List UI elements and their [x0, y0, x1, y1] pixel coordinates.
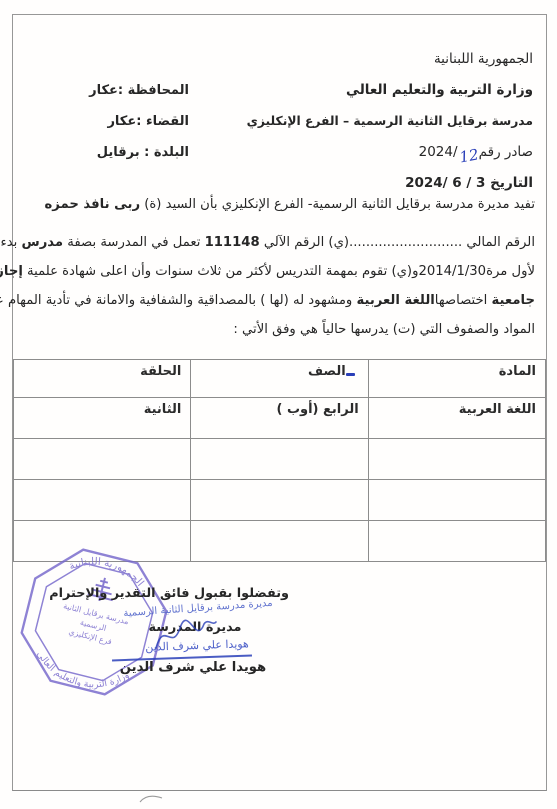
cell-class [191, 439, 368, 480]
col-header-class-label: الصف [308, 364, 346, 379]
cell-subject [368, 521, 545, 562]
specialty-value: اللغة العربية [356, 293, 434, 308]
col-header-subject: المادة [368, 360, 545, 398]
ministry-line: وزارة التربية والتعليم العالي [247, 75, 533, 106]
degree-type: جامعية [492, 293, 535, 308]
col-header-class: الصف [191, 360, 368, 398]
body-line-3: لأول مرة2014/1/30و(ي) تقوم بمهمة التدريس… [26, 264, 535, 279]
school-line: مدرسة برقايل الثانية الرسمية – الفرع الإ… [247, 106, 533, 137]
teacher-name: ربى نافذ حمزه [45, 197, 141, 212]
specialty-label: اختصاصها [435, 293, 492, 308]
scanned-document-page: الجمهورية اللبنانية وزارة التربية والتعل… [0, 0, 557, 809]
table-header-row: المادة الصف الحلقة [14, 360, 546, 398]
cell-cycle [14, 480, 191, 521]
body-line-1-text: تفيد مديرة مدرسة برقايل الثانية الرسمية-… [140, 197, 535, 212]
governorate-line: المحافظة :عكار [89, 75, 189, 106]
header-right-block: الجمهورية اللبنانية وزارة التربية والتعل… [247, 44, 533, 199]
cell-subject [368, 480, 545, 521]
col-header-cycle: الحلقة [14, 360, 191, 398]
job-title: مدرس [22, 235, 64, 250]
republic-line: الجمهورية اللبنانية [247, 44, 533, 75]
issued-year: /2024 [419, 137, 458, 168]
subjects-table: المادة الصف الحلقة اللغة العربية الرابع … [13, 359, 546, 562]
body-line-5: المواد والصفوف التي (ت) يدرسها حالياً هي… [26, 322, 535, 337]
start-date-text: لأول مرة2014/1/30و(ي) تقوم بمهمة التدريس… [23, 264, 535, 279]
issued-number-line: صادر رقم 12 /2024 [247, 137, 533, 168]
body-line-1: تفيد مديرة مدرسة برقايل الثانية الرسمية-… [26, 197, 535, 212]
issued-label: صادر رقم [479, 137, 533, 168]
district-line: القضاء :عكار [89, 106, 189, 137]
handwritten-signature [150, 612, 220, 657]
cell-class: الرابع (أوب ) [191, 398, 368, 439]
town-line: البلدة : برقايل [89, 137, 189, 168]
table-row [14, 439, 546, 480]
body-line-4-end: ومشهود له (لها ) بالمصداقية والشفافية وا… [0, 293, 356, 308]
table-row: اللغة العربية الرابع (أوب ) الثانية [14, 398, 546, 439]
body-line-4: جامعية اختصاصهااللغة العربية ومشهود له (… [26, 293, 535, 308]
cell-cycle [14, 439, 191, 480]
date-line: التاريخ 3 / 6 /2024 [247, 168, 533, 199]
header-left-block: المحافظة :عكار القضاء :عكار البلدة : برق… [89, 75, 189, 168]
table-row [14, 480, 546, 521]
stray-pen-mark [138, 792, 164, 804]
cell-class [191, 521, 368, 562]
cell-class [191, 480, 368, 521]
body-line-2-end: بدء العمل [0, 235, 22, 250]
body-line-2: الرقم المالي ...........................… [26, 235, 535, 250]
cell-cycle: الثانية [14, 398, 191, 439]
blue-pen-mark [346, 373, 355, 376]
financial-number-text: الرقم المالي ...........................… [260, 235, 535, 250]
automated-number: 111148 [205, 235, 260, 250]
body-line-2-mid: تعمل في المدرسة بصفة [63, 235, 204, 250]
cell-subject [368, 439, 545, 480]
principal-name: هويدا علي شرف الدين [98, 660, 288, 675]
degree-word: إجازة [0, 264, 23, 279]
cell-subject: اللغة العربية [368, 398, 545, 439]
